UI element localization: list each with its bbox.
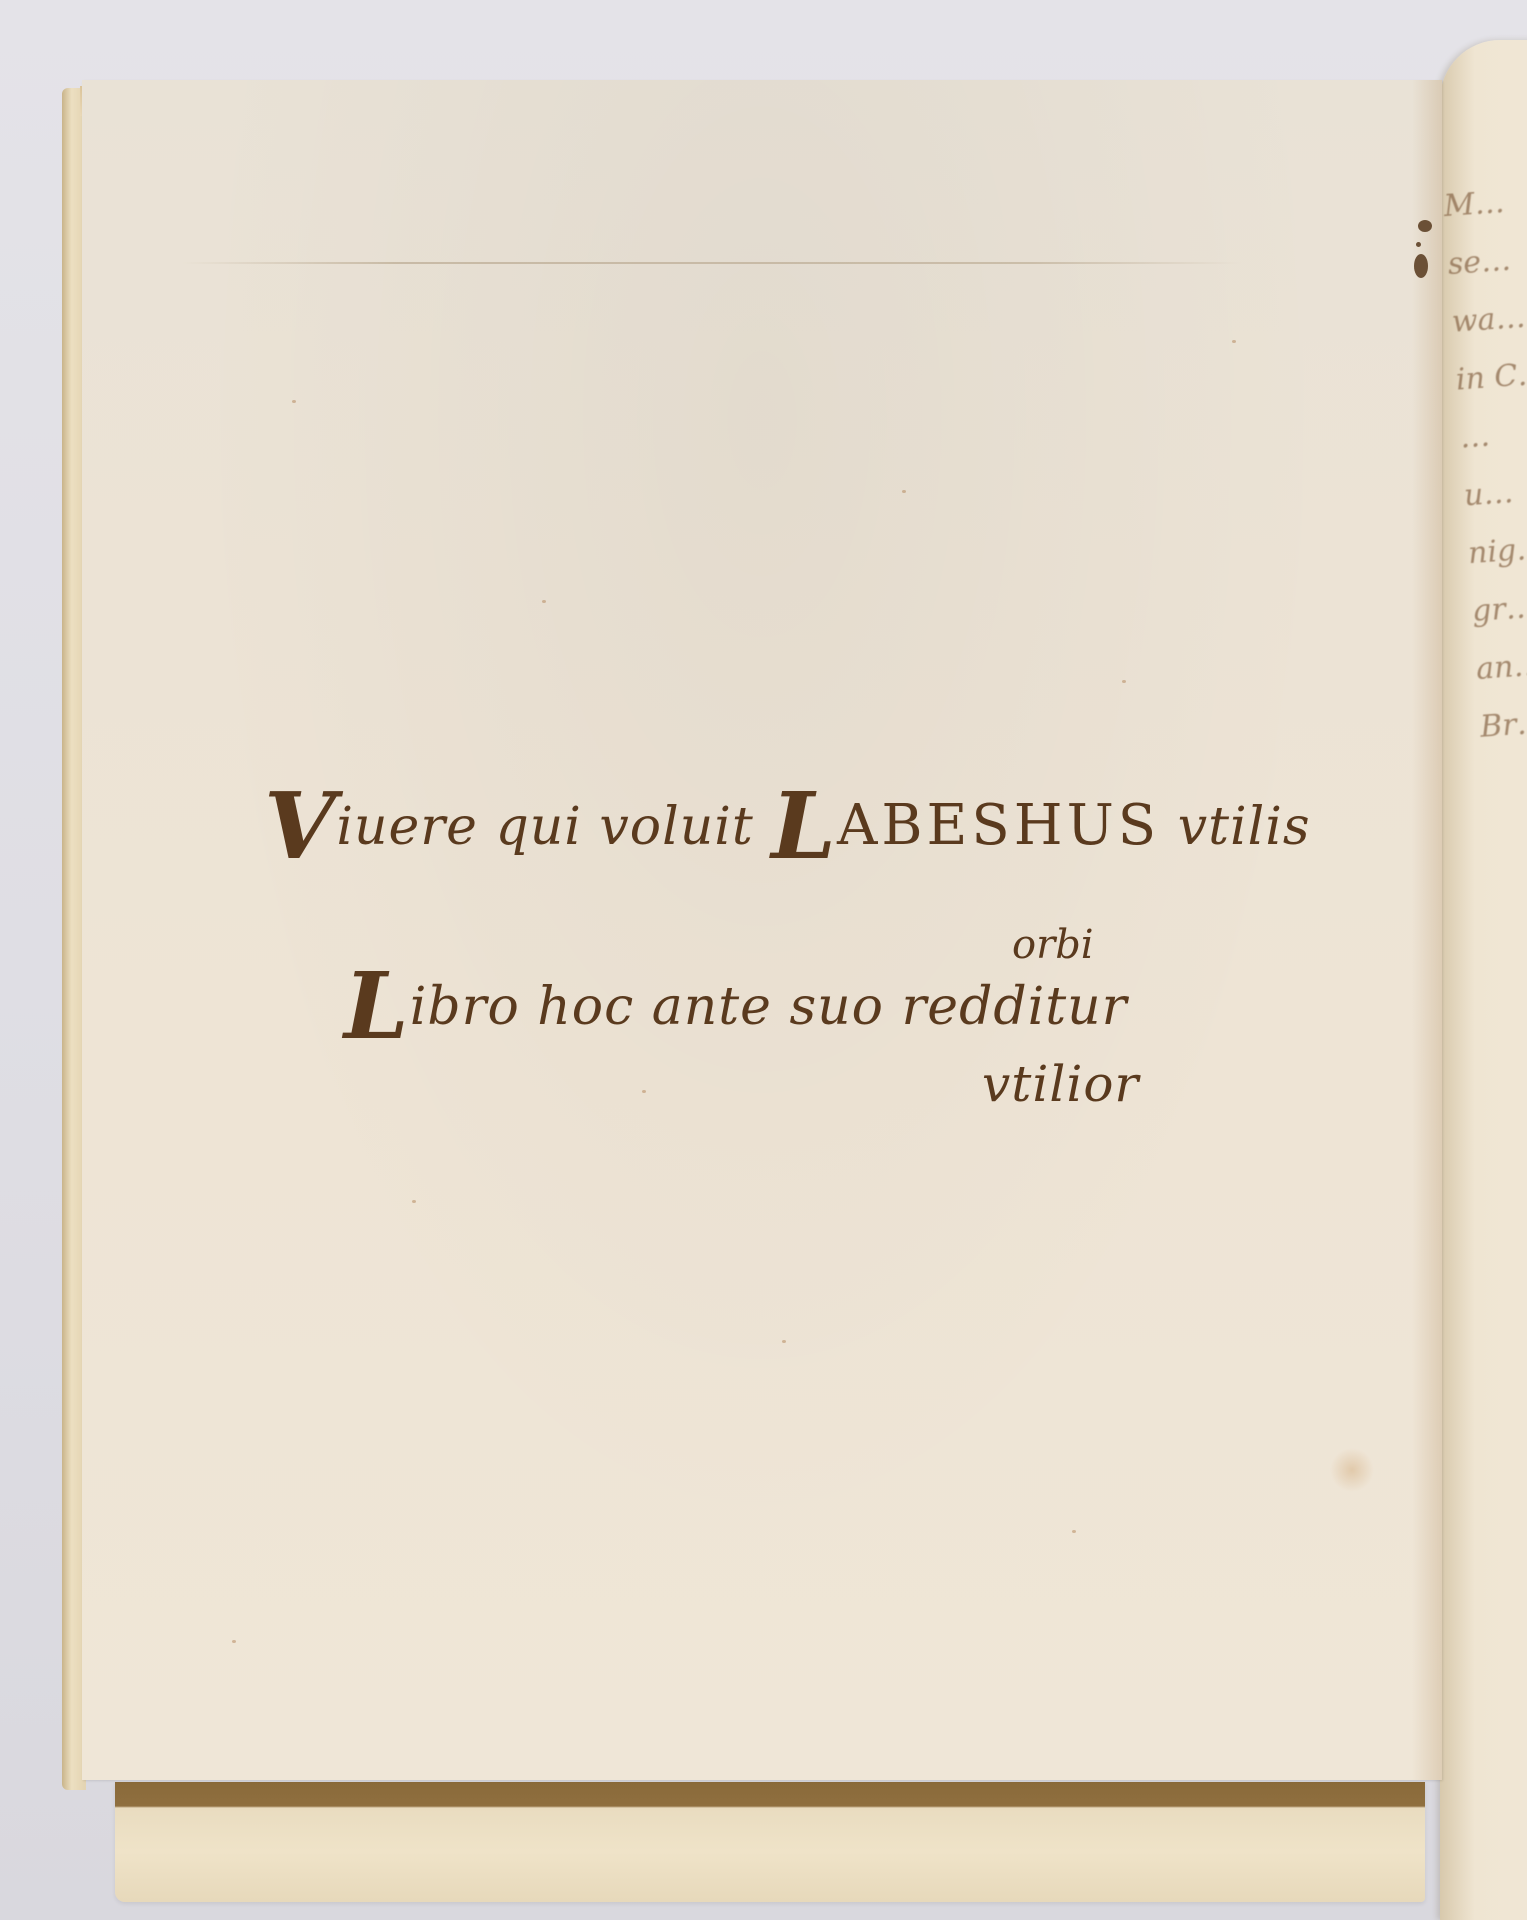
- line-text: ibro hoc ante suo redditur: [410, 977, 1128, 1037]
- initial-letter: V: [264, 772, 336, 880]
- facing-fragment: wa…: [1450, 289, 1524, 352]
- facing-fragment: an…: [1474, 636, 1527, 699]
- vellum-cover-bottom-edge: [115, 1782, 1425, 1902]
- facing-fragment: …: [1458, 405, 1527, 468]
- facing-fragment: u…: [1462, 463, 1527, 526]
- initial-letter: L: [344, 952, 410, 1060]
- inscription-line-2: Libro hoc ante suo redditur: [344, 960, 1128, 1052]
- facing-fragment: M…: [1442, 173, 1516, 236]
- facing-fragment: nig…: [1466, 520, 1527, 583]
- facing-fragment: Br…: [1478, 694, 1527, 757]
- inscription-line-3: vtilior: [982, 1055, 1139, 1113]
- flyleaf-page: Viuere qui voluit LABESHUS vtilis orbi L…: [82, 80, 1442, 1780]
- line-end: vtilis: [1160, 797, 1310, 857]
- line-text: iuere qui voluit: [336, 797, 771, 857]
- facing-fragment: in C…: [1454, 347, 1527, 410]
- author-name: ABESHUS: [837, 793, 1160, 858]
- name-initial: L: [771, 772, 837, 880]
- book-photograph: M… se… wa… in C… … u… nig… gr… an… Br… V…: [0, 0, 1527, 1920]
- inscription-line-1: Viuere qui voluit LABESHUS vtilis: [264, 780, 1311, 872]
- facing-fragment: se…: [1446, 231, 1520, 294]
- handwritten-inscription: Viuere qui voluit LABESHUS vtilis orbi L…: [82, 80, 1442, 1780]
- facing-fragment: gr…: [1470, 578, 1527, 641]
